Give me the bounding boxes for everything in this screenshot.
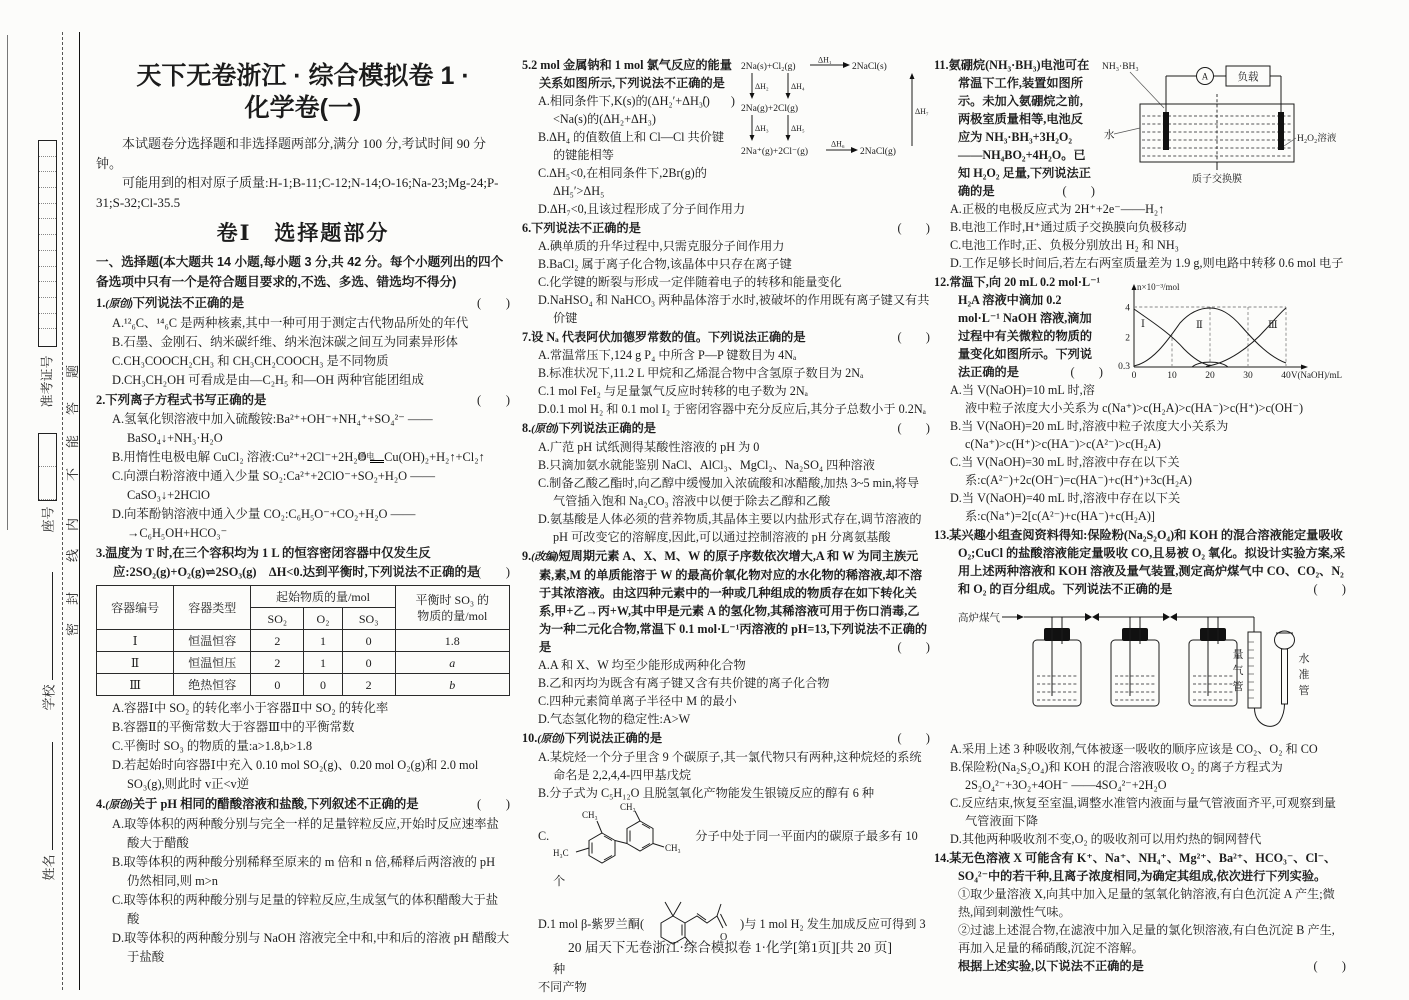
q2-stem: 2.下列离子方程式书写正确的是( ) [96,391,510,410]
q7-option-a: A.常温常压下,124 g P₄ 中所含 P—P 键数目为 4Nₐ [522,346,930,364]
question-5: 2Na(s)+Cl₂(g) ΔH₁ 2NaCl(s) ΔH₂ ΔH₄ 2Na(g… [522,56,930,218]
question-7: 7.设 Nₐ 代表阿伏加德罗常数的值。下列说法正确的是( ) A.常温常压下,1… [522,328,930,418]
q2-option-b: B.用惰性电极电解 CuCl₂ 溶液:Cu²⁺+2Cl⁻+2H₂O 通电Cu(O… [96,448,510,467]
gas-label: 高炉煤气 [958,611,1000,624]
content-border-line [79,32,80,990]
school-blank-line [52,572,53,680]
table-row: Ⅱ恒温恒压 21 0a [97,652,510,674]
question-12: n×10⁻³/mol 4 2 0.3 0 10 20 30 40 V(NaOH)… [934,273,1346,525]
svg-text:ΔH₁: ΔH₁ [818,56,832,65]
gas-tube-label: 量 [1233,648,1244,661]
paper-title-line1: 天下无卷浙江 · 综合模拟卷 1 · [96,60,510,92]
q11-battery-diagram: NH₃·BH₃ A 负载 质子交换膜 水 [1100,58,1346,190]
methyl-label: CH₃ [665,843,681,853]
seal-char: 封 [62,589,78,605]
q8-option-c: C.制备乙酸乙酯时,向乙醇中缓慢加入浓硫酸和冰醋酸,加热 3~5 min,将导气… [522,474,930,510]
q4-stem: 4.(原创)关于 pH 相同的醋酸溶液和盐酸,下列叙述不正确的是( ) [96,795,510,815]
page-edge-line [7,35,8,530]
svg-text:ΔH₄: ΔH₄ [791,82,805,91]
h2o2-label: H₂O₂溶液 [1297,132,1337,144]
paper-title-line2: 化学卷(一) [96,92,510,124]
q6-option-c: C.化学键的断裂与形成一定伴随着电子的转移和能量变化 [522,273,930,291]
methyl-label: CH₃ [620,802,636,812]
q10-stem: 10.(原创)下列说法正确的是( ) [522,729,930,748]
q11-option-c: C.电池工作时,正、负极分别放出 H₂ 和 NH₃ [934,236,1346,254]
q4-option-d: D.取等体积的两种酸分别与 NaOH 溶液完全中和,中和后的溶液 pH 醋酸大于… [96,929,510,967]
condition-over-equals: 通电 [370,452,385,463]
q7-option-c: C.1 mol FeI₂ 与足量氯气反应时转移的电子数为 2Nₐ [522,382,930,400]
level-tube-label: 水 [1299,651,1310,665]
x-tick: 10 [1167,371,1177,381]
q13-stem: 13.某兴趣小组查阅资料得知:保险粉(Na₂S₂O₄)和 KOH 的混合溶液能定… [934,526,1346,598]
name-label: 姓名 [39,854,58,882]
q5-option-d: D.ΔH₇<0,且该过程形成了分子间作用力 [522,200,930,218]
q4-option-a: A.取等体积的两种酸分别与完全一样的足量锌粒反应,开始时反应速率盐酸大于醋酸 [96,815,510,853]
q1-option-b: B.石墨、金刚石、纳米碳纤维、纳米泡沫碳之间互为同素异形体 [96,333,510,352]
q3-th-so3: SO₃ [342,608,395,630]
table-row: Ⅰ恒温恒容 21 01.8 [97,630,510,652]
seal-char: 密 [62,620,78,636]
svg-text:2Na⁺(g)+2Cl⁻(g): 2Na⁺(g)+2Cl⁻(g) [741,146,808,157]
q3-stem: 3.温度为 T 时,在三个容积均为 1 L 的恒容密闭容器中仅发生反应:2SO₂… [96,544,510,582]
column-2: 2Na(s)+Cl₂(g) ΔH₁ 2NaCl(s) ΔH₂ ΔH₄ 2Na(g… [522,56,930,997]
q11-option-a: A.正极的电极反应式为 2H⁺+2e⁻——H₂↑ [934,200,1346,218]
x-tick: 40 [1281,371,1291,381]
q5-diagram-label: 2Na(s)+Cl₂(g) [741,61,796,72]
fuel-label: NH₃·BH₃ [1102,62,1139,72]
seal-char: 内 [62,515,78,531]
q6-option-b: B.BaCl₂ 属于离子化合物,该晶体中只存在离子键 [522,255,930,273]
section-instructions: 一、选择题(本大题共 14 小题,每小题 3 分,共 42 分。每个小题列出的四… [96,252,510,292]
methyl-label: H₃C [553,848,569,858]
question-8: 8.(原创)下列说法正确的是( ) A.广范 pH 试纸测得某酸性溶液的 pH … [522,419,930,546]
question-1: 1.(原创)下列说法不正确的是( ) A.¹²₆C、¹⁴₆C 是两种核素,其中一… [96,294,510,390]
q7-option-d: D.0.1 mol H₂ 和 0.1 mol I₂ 于密闭容器中充分反应后,其分… [522,400,930,418]
table-row: Ⅲ绝热恒容 00 2b [97,674,510,696]
q13-apparatus-diagram: 高炉煤气 [958,600,1318,738]
q9-option-d: D.气态氢化物的稳定性:A>W [522,710,930,728]
q3-option-b: B.容器Ⅱ的平衡常数大于容器Ⅲ中的平衡常数 [96,718,510,737]
q1-option-d: D.CH₃CH₂OH 可看成是由—C₂H₅ 和—OH 两种官能团组成 [96,371,510,390]
exam-page: 准考证号 座号 题 答 能 不 内 线 封 密 学校 姓名 天下无卷浙江 · 综… [0,0,1409,1000]
q12-option-d: D.当 V(NaOH)=40 mL 时,溶液中存在以下关系:c(Na⁺)=2[c… [934,489,1346,525]
curve-2-label: Ⅱ [1196,320,1203,331]
seal-char: 能 [62,432,78,448]
q6-option-a: A.碘单质的升华过程中,只需克服分子间作用力 [522,237,930,255]
intro-line-2: 可能用到的相对原子质量:H-1;B-11;C-12;N-14;O-16;Na-2… [96,173,510,212]
question-4: 4.(原创)关于 pH 相同的醋酸溶液和盐酸,下列叙述不正确的是( ) A.取等… [96,795,510,967]
curve-1-label: Ⅰ [1141,319,1145,330]
gas-tube-label: 管 [1233,679,1244,693]
svg-text:ΔH₇: ΔH₇ [915,107,929,116]
seat-number-box [38,433,57,501]
ammeter-icon: A [1202,72,1209,82]
q5-energy-diagram: 2Na(s)+Cl₂(g) ΔH₁ 2NaCl(s) ΔH₂ ΔH₄ 2Na(g… [740,58,930,168]
q10-biphenyl-structure: CH₃ CH₃ H₃C CH₃ [552,802,692,872]
q2-option-d: D.向苯酚钠溶液中通入少量 CO₂:C₆H₅O⁻+CO₂+H₂O ——→C₆H₅… [96,505,510,543]
q14-final: 根据上述实验,以下说法不正确的是( ) [934,957,1346,975]
q2-option-a: A.氢氧化钡溶液中加入硫酸铵:Ba²⁺+OH⁻+NH₄⁺+SO₄²⁻ ——BaS… [96,410,510,448]
exam-number-grid [38,140,57,347]
seat-number-label: 座号 [38,506,57,534]
q13-option-c: C.反应结束,恢复至室温,调整水准管内液面与量气管液面齐平,可观察到量气管液面下… [934,794,1346,830]
q11-option-d: D.工作足够长时间后,若左右两室质量差为 1.9 g,则电路中转移 0.6 mo… [934,254,1346,272]
membrane-label: 质子交换膜 [1192,172,1242,185]
y-tick: 0.3 [1118,362,1130,372]
question-13: 13.某兴趣小组查阅资料得知:保险粉(Na₂S₂O₄)和 KOH 的混合溶液能定… [934,526,1346,848]
seal-char: 不 [62,465,78,481]
x-tick: 0 [1132,371,1137,381]
svg-text:ΔH₃: ΔH₃ [755,124,769,133]
q4-option-b: B.取等体积的两种酸分别稀释至原来的 m 倍和 n 倍,稀释后两溶液的 pH 仍… [96,853,510,891]
svg-text:2Na(g)+2Cl(g): 2Na(g)+2Cl(g) [741,103,798,114]
y-tick: 4 [1125,304,1130,314]
curve-3-label: Ⅲ [1268,320,1278,331]
question-2: 2.下列离子方程式书写正确的是( ) A.氢氧化钡溶液中加入硫酸铵:Ba²⁺+O… [96,391,510,543]
q2-option-c: C.向漂白粉溶液中通入少量 SO₂:Ca²⁺+2ClO⁻+SO₂+H₂O ——C… [96,467,510,505]
x-axis-label: V(NaOH)/mL [1291,370,1342,380]
q3-th-eq: 平衡时 SO₃ 的物质的量/mol [395,586,509,630]
section-title: 卷Ⅰ 选择题部分 [96,218,510,248]
paper-title: 天下无卷浙江 · 综合模拟卷 1 · 化学卷(一) [96,60,510,124]
q4-option-c: C.取等体积的两种酸分别与足量的锌粒反应,生成氢气的体积醋酸大于盐酸 [96,891,510,929]
svg-text:ΔH₂: ΔH₂ [755,82,769,91]
q13-option-b: B.保险粉(Na₂S₂O₄)和 KOH 的混合溶液吸收 O₂ 的离子方程式为 2… [934,758,1346,794]
q14-step-1: ①取少量溶液 X,向其中加入足量的氢氧化钠溶液,有白色沉淀 A 产生;微热,闻到… [934,885,1346,921]
q10-option-d-cont: 不同产物 [522,978,930,996]
exam-number-label: 准考证号 [37,350,56,414]
q3-th-id: 容器编号 [97,586,174,630]
q3-table: 容器编号 容器类型 起始物质的量/mol 平衡时 SO₃ 的物质的量/mol S… [96,585,510,696]
question-11: NH₃·BH₃ A 负载 质子交换膜 水 [934,56,1346,272]
q9-option-b: B.乙和丙均为既含有离子键又含有共价键的离子化合物 [522,674,930,692]
q11-option-b: B.电池工作时,H⁺通过质子交换膜向负极移动 [934,218,1346,236]
x-tick: 30 [1243,371,1253,381]
column-1: 天下无卷浙江 · 综合模拟卷 1 · 化学卷(一) 本试题卷分选择题和非选择题两… [96,56,510,968]
q9-option-c: C.四种元素简单离子半径中 M 的最小 [522,692,930,710]
svg-text:ΔH₆: ΔH₆ [831,140,845,149]
q5-option-c: C.ΔH₅<0,在相同条件下,2Br(g)的 ΔH₅′>ΔH₅ [522,164,930,200]
school-label: 学校 [39,684,58,712]
q1-stem: 1.(原创)下列说法不正确的是( ) [96,294,510,314]
q9-stem: 9.(改编)短周期元素 A、X、M、W 的原子序数依次增大,A 和 W 为同主族… [522,547,930,656]
q7-stem: 7.设 Nₐ 代表阿伏加德罗常数的值。下列说法正确的是( ) [522,328,930,346]
q8-option-a: A.广范 pH 试纸测得某酸性溶液的 pH 为 0 [522,438,930,456]
q6-stem: 6.下列说法不正确的是( ) [522,219,930,237]
methyl-label: CH₃ [582,810,598,820]
q13-option-a: A.采用上述 3 种吸收剂,气体被逐一吸收的顺序应该是 CO₂、O₂ 和 CO [934,740,1346,758]
load-label: 负载 [1238,70,1260,83]
seal-char: 题 [62,362,78,378]
q9-option-a: A.A 和 X、W 均至少能形成两种化合物 [522,656,930,674]
q1-option-a: A.¹²₆C、¹⁴₆C 是两种核素,其中一种可用于测定古代物品所处的年代 [96,314,510,333]
intro-line-1: 本试题卷分选择题和非选择题两部分,满分 100 分,考试时间 90 分钟。 [96,134,510,173]
q3-th-o2: O₂ [304,608,342,630]
svg-text:2NaCl(s): 2NaCl(s) [852,61,887,72]
q12-option-c: C.当 V(NaOH)=30 mL 时,溶液中存在以下关系:c(A²⁻)+2c(… [934,453,1346,489]
question-6: 6.下列说法不正确的是( ) A.碘单质的升华过程中,只需克服分子间作用力 B.… [522,219,930,327]
level-tube-label: 管 [1299,683,1310,697]
y-tick: 2 [1125,334,1130,344]
question-3: 3.温度为 T 时,在三个容积均为 1 L 的恒容密闭容器中仅发生反应:2SO₂… [96,544,510,794]
q10-option-a: A.某烷烃一个分子里含 9 个碳原子,其一氯代物只有两种,这种烷烃的系统命名是 … [522,748,930,784]
question-9: 9.(改编)短周期元素 A、X、M、W 的原子序数依次增大,A 和 W 为同主族… [522,547,930,728]
q3-option-a: A.容器Ⅰ中 SO₂ 的转化率小于容器Ⅱ中 SO₂ 的转化率 [96,699,510,718]
q1-option-c: C.CH₃COOCH₂CH₃ 和 CH₃CH₂COOCH₃ 是不同物质 [96,352,510,371]
seal-dashed-line [62,32,63,990]
q10-option-b: B.分子式为 C₅H₁₂O 且脱氢氧化产物能发生银镜反应的醇有 6 种 [522,784,930,802]
q8-option-d: D.氨基酸是人体必须的营养物质,其晶体主要以内盐形式存在,调节溶液的 pH 可改… [522,510,930,546]
q12-titration-graph: n×10⁻³/mol 4 2 0.3 0 10 20 30 40 V(NaOH)… [1108,275,1346,391]
q14-stem: 14.某无色溶液 X 可能含有 K⁺、Na⁺、NH₄⁺、Mg²⁺、Ba²⁺、HC… [934,849,1346,885]
column-3: NH₃·BH₃ A 负载 质子交换膜 水 [934,56,1346,976]
q7-option-b: B.标准状况下,11.2 L 甲烷和乙烯混合物中含氢原子数目为 2Nₐ [522,364,930,382]
name-blank-line [52,742,53,850]
q13-option-d: D.其他两种吸收剂不变,O₂ 的吸收剂可以用灼热的铜网替代 [934,830,1346,848]
seal-char: 线 [62,546,78,562]
q3-th-so2: SO₂ [251,608,304,630]
question-14: 14.某无色溶液 X 可能含有 K⁺、Na⁺、NH₄⁺、Mg²⁺、Ba²⁺、HC… [934,849,1346,975]
level-tube-label: 准 [1299,667,1310,681]
gas-tube-label: 气 [1233,663,1244,677]
x-tick: 20 [1205,371,1215,381]
q3-th-group: 起始物质的量/mol [251,586,395,608]
svg-text:ΔH₅: ΔH₅ [791,124,805,133]
q8-option-b: B.只滴加氨水就能鉴别 NaCl、AlCl₃、MgCl₂、Na₂SO₄ 四种溶液 [522,456,930,474]
y-axis-label: n×10⁻³/mol [1137,282,1180,292]
seal-char: 答 [62,399,78,415]
svg-text:2NaCl(g): 2NaCl(g) [860,146,896,157]
q8-stem: 8.(原创)下列说法正确的是( ) [522,419,930,438]
q3-option-c: C.平衡时 SO₃ 的物质的量:a>1.8,b>1.8 [96,737,510,756]
q10-option-d: D.1 mol β-紫罗兰酮( O )与 1 mol H₂ 发生加成反应可得到 … [522,890,930,978]
water-label: 水 [1104,128,1115,141]
paper-intro: 本试题卷分选择题和非选择题两部分,满分 100 分,考试时间 90 分钟。 可能… [96,134,510,212]
q3-th-type: 容器类型 [174,586,251,630]
q10-option-c: C. CH₃ CH₃ H₃C CH₃ 分子中处于同一平面内的碳原子最多 [522,802,930,890]
page-footer: 20 届天下无卷浙江·综合模拟卷 1·化学[第1页][共 20 页] [450,936,1010,956]
q3-option-d: D.若起始时向容器Ⅰ中充入 0.10 mol SO₂(g)、0.20 mol O… [96,756,510,794]
q6-option-d: D.NaHSO₄ 和 NaHCO₃ 两种晶体溶于水时,被破坏的作用既有离子键又有… [522,291,930,327]
q12-option-b: B.当 V(NaOH)=20 mL 时,溶液中粒子浓度大小关系为 c(Na⁺)>… [934,417,1346,453]
